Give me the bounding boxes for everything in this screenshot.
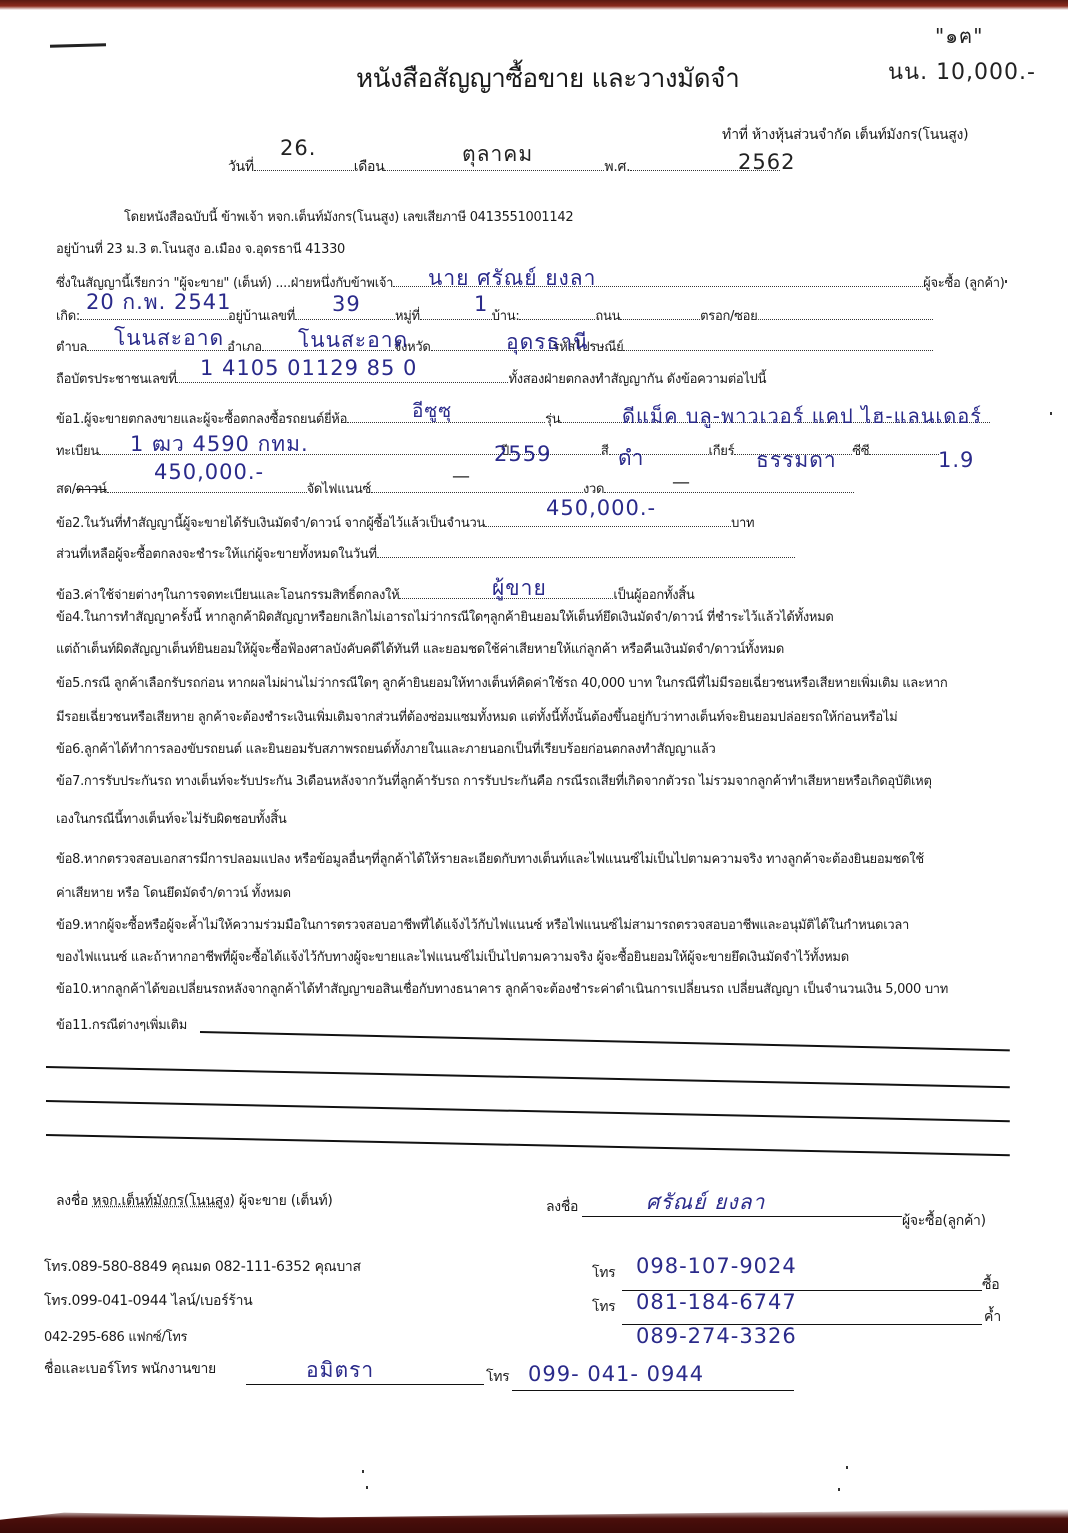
month-label: เดือน	[354, 159, 385, 175]
clause3-suffix: เป็นผู้ออกทั้งสิ้น	[613, 588, 694, 603]
moo-label: หมู่ที่	[395, 309, 420, 324]
speck	[846, 1466, 848, 1469]
village-field[interactable]	[519, 319, 595, 320]
down-label-struck: ดาวน์	[76, 482, 107, 497]
day-value: 26.	[280, 136, 316, 160]
subdistrict-value: โนนสะอาด	[114, 322, 224, 355]
village-label: บ้าน:	[492, 309, 520, 324]
agree-text: ทั้งสองฝ่ายตกลงทำสัญญากัน ดังข้อความต่อไ…	[508, 372, 766, 387]
moo-value: 1	[474, 292, 488, 316]
year-label: พ.ศ.	[604, 159, 630, 175]
clause2-remaining: ส่วนที่เหลือผู้จะซื้อตกลงจะชำระให้แก่ผู้…	[56, 543, 795, 564]
additional-line-1[interactable]	[200, 1031, 1010, 1051]
birth-label: เกิด:	[56, 309, 80, 324]
speck	[1050, 412, 1052, 415]
remaining-text: ส่วนที่เหลือผู้จะซื้อตกลงจะชำระให้แก่ผู้…	[56, 547, 377, 562]
seller-signature-block: ลงชื่อ หจก.เต็นท์มังกร(โนนสูง) ผู้จะขาย …	[56, 1190, 333, 1212]
clause8-line1: ข้อ8.หากตรวจสอบเอกสารมีการปลอมแปลง หรือข…	[56, 848, 924, 869]
buyer-role: ผู้จะซื้อ(ลูกค้า)	[902, 1210, 986, 1232]
sales-label: ชื่อและเบอร์โทร พนักงานขาย	[44, 1358, 216, 1380]
finance-field[interactable]	[371, 492, 583, 493]
corner-note-weight: นน. 10,000.-	[888, 54, 1036, 89]
margin-mark	[50, 43, 106, 47]
remaining-date-field[interactable]	[377, 557, 795, 558]
district-value: โนนสะอาด	[298, 324, 408, 357]
deposit-unit: บาท	[731, 516, 754, 531]
clause7-line1: ข้อ7.การรับประกันรถ ทางเต็นท์จะรับประกัน…	[56, 770, 932, 791]
sales-name: อมิตรา	[306, 1354, 374, 1387]
price-field[interactable]	[107, 492, 307, 493]
reg-label: ทะเบียน	[56, 444, 99, 459]
road-label: ถนน	[595, 309, 620, 324]
clause5-line2: มีรอยเฉี่ยวชนหรือเสียหาย ลูกค้าจะต้องชำร…	[56, 706, 897, 727]
speck	[838, 1488, 840, 1491]
clause11-label: ข้อ11.กรณีต่างๆเพิ่มเติม	[56, 1014, 187, 1035]
clause1-label: ข้อ1.ผู้จะขายตกลงขายและผู้จะซื้อตกลงซื้อ…	[56, 412, 347, 427]
finance-value: —	[452, 466, 471, 487]
clause7-line2: เองในกรณีนี้ทางเต็นท์จะไม่รับผิดชอบทั้งส…	[56, 808, 287, 829]
model-value: ดีแม็ค บลู-พาวเวอร์ แคป ไฮ-แลนเดอร์	[622, 400, 982, 432]
moo-field[interactable]	[420, 319, 492, 320]
price-label: สด/	[56, 482, 76, 497]
cc-field[interactable]	[869, 454, 939, 455]
deposit-value: 450,000.-	[546, 496, 656, 520]
cc-value: 1.9	[938, 448, 974, 472]
cc-label: ซีซี	[852, 444, 869, 459]
color-label: สี	[601, 444, 609, 459]
id-value: 1 4105 01129 85 0	[200, 356, 417, 380]
buyer-sign-label: ลงชื่อ	[546, 1196, 578, 1218]
house-no-value: 39	[332, 292, 361, 316]
clause5-line1: ข้อ5.กรณี ลูกค้าเลือกรับรถก่อน หากผลไม่ผ…	[56, 672, 948, 693]
clause6-line: ข้อ6.ลูกค้าได้ทำการลองขับรถยนต์ และยินยอ…	[56, 738, 716, 759]
buyer-phone-label: โทร	[592, 1262, 615, 1284]
soi-field[interactable]	[758, 319, 933, 320]
guarantor-phone: 081-184-6747	[636, 1290, 797, 1314]
car-year-value: 2559	[494, 442, 551, 466]
reg-value: 1 ฒว 4590 กทม.	[130, 428, 309, 461]
corner-note-code: "๑ฅ"	[935, 20, 983, 52]
payer-value: ผู้ขาย	[492, 572, 547, 605]
page-bottom-edge	[0, 1509, 1068, 1533]
additional-line-4[interactable]	[46, 1134, 1010, 1156]
brand-value: อีซูซุ	[412, 396, 452, 426]
clause10-line: ข้อ10.หากลูกค้าได้ขอเปลี่ยนรถหลังจากลูกค…	[56, 978, 948, 999]
color-value: ดำ	[618, 442, 644, 475]
clause4-line2: แต่ถ้าเต็นท์ผิดสัญญาเต็นท์ยินยอมให้ผู้จะ…	[56, 638, 784, 659]
seller-address: อยู่บ้านที่ 23 ม.3 ต.โนนสูง อ.เมือง จ.อุ…	[56, 238, 345, 259]
buyer-name-value: นาย ศรัณย์ ยงลา	[428, 262, 596, 295]
guarantor-phone-label: โทร	[592, 1296, 615, 1318]
seller-sign-name: หจก.เต็นท์มังกร(โนนสูง)	[92, 1193, 234, 1209]
clause3-text: ข้อ3.ค่าใช้จ่ายต่างๆในการจดทะเบียนและโอน…	[56, 588, 399, 603]
clause8-line2: ค่าเสียหาย หรือ โดนยึดมัดจำ/ดาวน์ ทั้งหม…	[56, 882, 291, 903]
birth-field[interactable]	[80, 319, 228, 320]
province-value: อุดรธานี	[506, 326, 589, 359]
day-label: วันที่	[228, 159, 254, 175]
clause3-line: ข้อ3.ค่าใช้จ่ายต่างๆในการจดทะเบียนและโอน…	[56, 584, 695, 605]
gear-label: เกียร์	[709, 444, 735, 459]
sales-phone-label: โทร	[486, 1366, 509, 1388]
additional-line-3[interactable]	[46, 1100, 1010, 1122]
speck	[1005, 280, 1007, 283]
id-field[interactable]	[176, 382, 508, 383]
deposit-field[interactable]	[485, 526, 731, 527]
year-value: 2562	[738, 150, 795, 174]
installment-field[interactable]	[604, 492, 854, 493]
buyer-signature: ศรัณย์ ยงลา	[646, 1186, 765, 1219]
sales-phone: 099- 041- 0944	[528, 1362, 704, 1386]
additional-line-2[interactable]	[46, 1066, 1010, 1088]
buyer-phone-suffix: ซื้อ	[982, 1274, 999, 1296]
extra-phone: 089-274-3326	[636, 1324, 797, 1348]
installment-value: —	[672, 472, 691, 493]
month-value: ตุลาคม	[462, 138, 533, 171]
installment-label: งวด	[583, 482, 604, 497]
finance-label: จัดไฟแนนซ์	[307, 482, 371, 497]
seller-role: ผู้จะขาย (เต็นท์)	[239, 1193, 333, 1209]
soi-label: ตรอก/ซอย	[700, 309, 757, 324]
id-label: ถือบัตรประชาชนเลขที่	[56, 372, 176, 387]
day-field[interactable]	[254, 170, 354, 171]
clause9-line1: ข้อ9.หากผู้จะซื้อหรือผู้จะค้ำไม่ให้ความร…	[56, 914, 909, 935]
speck	[362, 1470, 364, 1473]
shop-phone-1: โทร.089-580-8849 คุณมด 082-111-6352 คุณบ…	[44, 1256, 361, 1278]
gear-value: ธรรมดา	[756, 444, 837, 477]
shop-phone-2: โทร.099-041-0944 ไลน์/เบอร์ร้าน	[44, 1290, 252, 1312]
sales-phone-line[interactable]	[512, 1390, 794, 1391]
document-title: หนังสือสัญญาซื้อขาย และวางมัดจำ	[356, 58, 739, 99]
speck	[366, 1486, 368, 1489]
buyer-role-label: ผู้จะซื้อ (ลูกค้า)	[923, 276, 1004, 291]
clause2-text: ข้อ2.ในวันที่ทำสัญญานี้ผู้จะขายได้รับเงิ…	[56, 516, 485, 531]
shop-fax: 042-295-686 แฟกซ์/โทร	[44, 1326, 187, 1347]
price-value: 450,000.-	[154, 460, 264, 484]
subdistrict-label: ตำบล	[56, 340, 87, 355]
clause9-line2: ของไฟแนนซ์ และถ้าหากอาชีพที่ผู้จะซื้อได้…	[56, 946, 849, 967]
seller-sign-label: ลงชื่อ	[56, 1193, 88, 1209]
guarantor-phone-suffix: ค้ำ	[984, 1306, 1001, 1328]
page-top-edge	[0, 0, 1068, 10]
buyer-phone: 098-107-9024	[636, 1254, 797, 1278]
intro-line: โดยหนังสือฉบับนี้ ข้าพเจ้า หจก.เต็นท์มัง…	[124, 206, 573, 227]
road-field[interactable]	[620, 319, 700, 320]
postal-field[interactable]	[623, 350, 933, 351]
model-label: รุ่น	[545, 412, 560, 427]
clause4-line1: ข้อ4.ในการทำสัญญาครั้งนี้ หากลูกค้าผิดสั…	[56, 606, 834, 627]
house-no-field[interactable]	[295, 319, 395, 320]
place-label: ทำที่ ห้างหุ้นส่วนจำกัด เต็นท์มังกร(โนนส…	[722, 124, 968, 146]
birth-value: 20 ก.พ. 2541	[86, 286, 231, 319]
district-label: อำเภอ	[227, 340, 262, 355]
house-no-label: อยู่บ้านเลขที่	[228, 309, 295, 324]
